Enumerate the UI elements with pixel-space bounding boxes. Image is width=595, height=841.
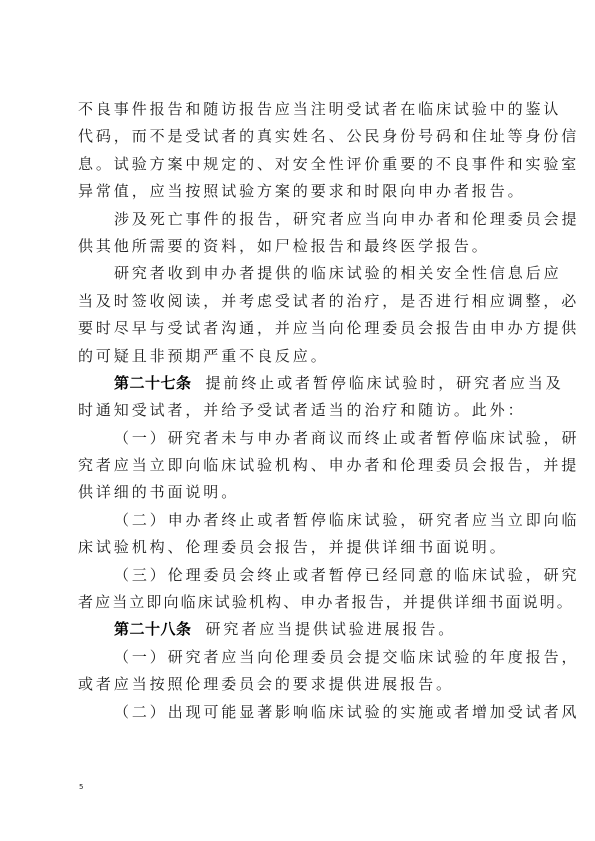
text-line: 供详细的书面说明。 xyxy=(78,479,518,506)
line-text: 要时尽早与受试者沟通，并应当向伦理委员会报告由申办方提供 xyxy=(78,319,579,337)
line-text: （二）申办者终止或者暂停临床试验，研究者应当立即向临 xyxy=(114,511,579,529)
text-line: 不良事件报告和随访报告应当注明受试者在临床试验中的鉴认 xyxy=(78,96,518,123)
text-line: 异常值，应当按照试验方案的要求和时限向申办者报告。 xyxy=(78,178,518,205)
article-28-line: 第二十八条研究者应当提供试验进展报告。 xyxy=(78,616,518,643)
line-text: 提前终止或者暂停临床试验时，研究者应当及 xyxy=(206,374,564,392)
text-line: 究者应当立即向临床试验机构、申办者和伦理委员会报告，并提 xyxy=(78,452,518,479)
line-text: 当及时签收阅读，并考虑受试者的治疗，是否进行相应调整，必 xyxy=(78,292,579,310)
line-text: 床试验机构、伦理委员会报告，并提供详细书面说明。 xyxy=(78,538,508,556)
paragraph-start-line: 研究者收到申办者提供的临床试验的相关安全性信息后应 xyxy=(78,260,518,287)
article-27-line: 第二十七条提前终止或者暂停临床试验时，研究者应当及 xyxy=(78,370,518,397)
line-text: 究者应当立即向临床试验机构、申办者和伦理委员会报告，并提 xyxy=(78,456,579,474)
line-text: 涉及死亡事件的报告，研究者应当向申办者和伦理委员会提 xyxy=(114,210,579,228)
line-text: 不良事件报告和随访报告应当注明受试者在临床试验中的鉴认 xyxy=(78,100,561,118)
line-text: 或者应当按照伦理委员会的要求提供进展报告。 xyxy=(78,675,454,693)
line-text: 息。试验方案中规定的、对安全性评价重要的不良事件和实验室 xyxy=(78,155,579,173)
line-text: （二）出现可能显著影响临床试验的实施或者增加受试者风 xyxy=(114,703,579,721)
paragraph-start-line: （三）伦理委员会终止或者暂停已经同意的临床试验，研究 xyxy=(78,562,518,589)
line-text: 代码，而不是受试者的真实姓名、公民身份号码和住址等身份信 xyxy=(78,127,579,145)
article-heading: 第二十七条 xyxy=(114,374,192,392)
text-line: 息。试验方案中规定的、对安全性评价重要的不良事件和实验室 xyxy=(78,151,518,178)
line-text: （三）伦理委员会终止或者暂停已经同意的临床试验，研究 xyxy=(114,566,579,584)
line-text: 供详细的书面说明。 xyxy=(78,483,239,501)
page-number: 5 xyxy=(79,783,83,791)
line-text: 研究者应当提供试验进展报告。 xyxy=(206,620,457,638)
line-text: 研究者收到申办者提供的临床试验的相关安全性信息后应 xyxy=(114,264,562,282)
text-line: 的可疑且非预期严重不良反应。 xyxy=(78,343,518,370)
paragraph-start-line: （一）研究者未与申办者商议而终止或者暂停临床试验，研 xyxy=(78,425,518,452)
line-text: 时通知受试者，并给予受试者适当的治疗和随访。此外： xyxy=(78,401,526,419)
line-text: 者应当立即向临床试验机构、申办者报告，并提供详细书面说明。 xyxy=(78,593,574,611)
text-line: 供其他所需要的资料，如尸检报告和最终医学报告。 xyxy=(78,233,518,260)
document-page: 不良事件报告和随访报告应当注明受试者在临床试验中的鉴认 代码，而不是受试者的真实… xyxy=(78,96,518,726)
text-line: 或者应当按照伦理委员会的要求提供进展报告。 xyxy=(78,671,518,698)
text-line: 要时尽早与受试者沟通，并应当向伦理委员会报告由申办方提供 xyxy=(78,315,518,342)
text-line: 时通知受试者，并给予受试者适当的治疗和随访。此外： xyxy=(78,397,518,424)
paragraph-start-line: （二）申办者终止或者暂停临床试验，研究者应当立即向临 xyxy=(78,507,518,534)
text-line: 当及时签收阅读，并考虑受试者的治疗，是否进行相应调整，必 xyxy=(78,288,518,315)
paragraph-start-line: 涉及死亡事件的报告，研究者应当向申办者和伦理委员会提 xyxy=(78,206,518,233)
text-line: 者应当立即向临床试验机构、申办者报告，并提供详细书面说明。 xyxy=(78,589,518,616)
line-text: （一）研究者应当向伦理委员会提交临床试验的年度报告， xyxy=(114,648,579,666)
line-text: （一）研究者未与申办者商议而终止或者暂停临床试验，研 xyxy=(114,429,579,447)
paragraph-start-line: （二）出现可能显著影响临床试验的实施或者增加受试者风 xyxy=(78,699,518,726)
text-line: 床试验机构、伦理委员会报告，并提供详细书面说明。 xyxy=(78,534,518,561)
line-text: 的可疑且非预期严重不良反应。 xyxy=(78,347,329,365)
line-text: 供其他所需要的资料，如尸检报告和最终医学报告。 xyxy=(78,237,490,255)
paragraph-start-line: （一）研究者应当向伦理委员会提交临床试验的年度报告， xyxy=(78,644,518,671)
article-heading: 第二十八条 xyxy=(114,620,192,638)
line-text: 异常值，应当按照试验方案的要求和时限向申办者报告。 xyxy=(78,182,526,200)
text-line: 代码，而不是受试者的真实姓名、公民身份号码和住址等身份信 xyxy=(78,123,518,150)
